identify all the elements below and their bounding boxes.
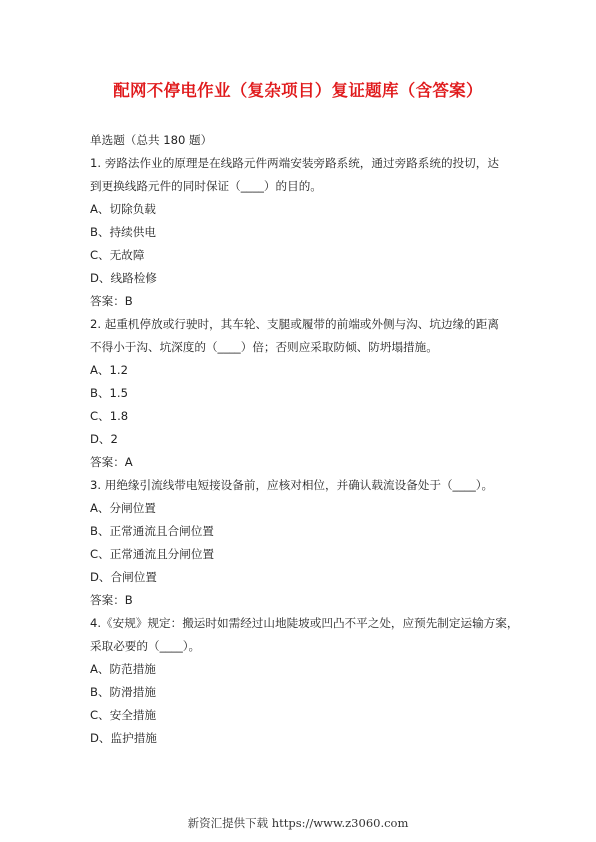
question-2: 2. 起重机停放或行驶时，其车轮、支腿或履带的前端或外侧与沟、坑边缘的距离 不得… (90, 317, 520, 469)
question-1: 1. 旁路法作业的原理是在线路元件两端安装旁路系统，通过旁路系统的投切，达 到更… (90, 156, 520, 308)
option-d: D、监护措施 (90, 731, 520, 745)
option-a: A、防范措施 (90, 662, 520, 676)
question-text: 1. 旁路法作业的原理是在线路元件两端安装旁路系统，通过旁路系统的投切，达 到更… (90, 156, 520, 193)
footer-watermark: 新资汇提供下载 https://www.z3060.com (0, 815, 596, 831)
option-b: B、1.5 (90, 386, 520, 400)
answer: 答案：B (90, 593, 520, 607)
option-b: B、防滑措施 (90, 685, 520, 699)
option-d: D、合闸位置 (90, 570, 520, 584)
option-c: C、安全措施 (90, 708, 520, 722)
option-c: C、无故障 (90, 248, 520, 262)
question-line: 4.《安规》规定：搬运时如需经过山地陡坡或凹凸不平之处，应预先制定运输方案， (90, 616, 520, 630)
option-c: C、正常通流且分闸位置 (90, 547, 520, 561)
question-list: 单选题（总共 180 题） 1. 旁路法作业的原理是在线路元件两端安装旁路系统，… (90, 133, 520, 754)
question-text: 2. 起重机停放或行驶时，其车轮、支腿或履带的前端或外侧与沟、坑边缘的距离 不得… (90, 317, 520, 354)
question-4: 4.《安规》规定：搬运时如需经过山地陡坡或凹凸不平之处，应预先制定运输方案， 采… (90, 616, 520, 745)
option-b: B、持续供电 (90, 225, 520, 239)
section-header: 单选题（总共 180 题） (90, 133, 520, 147)
question-line: 到更换线路元件的同时保证（____）的目的。 (90, 179, 520, 193)
question-line: 采取必要的（____）。 (90, 639, 520, 653)
question-text: 3. 用绝缘引流线带电短接设备前，应核对相位，并确认载流设备处于（____）。 (90, 478, 520, 492)
option-c: C、1.8 (90, 409, 520, 423)
question-line: 1. 旁路法作业的原理是在线路元件两端安装旁路系统，通过旁路系统的投切，达 (90, 156, 520, 170)
document-title: 配网不停电作业（复杂项目）复证题库（含答案） (0, 77, 596, 101)
answer: 答案：A (90, 455, 520, 469)
question-line: 不得小于沟、坑深度的（____）倍；否则应采取防倾、防坍塌措施。 (90, 340, 520, 354)
question-line: 2. 起重机停放或行驶时，其车轮、支腿或履带的前端或外侧与沟、坑边缘的距离 (90, 317, 520, 331)
option-d: D、2 (90, 432, 520, 446)
question-line: 3. 用绝缘引流线带电短接设备前，应核对相位，并确认载流设备处于（____）。 (90, 478, 520, 492)
question-text: 4.《安规》规定：搬运时如需经过山地陡坡或凹凸不平之处，应预先制定运输方案， 采… (90, 616, 520, 653)
option-d: D、线路检修 (90, 271, 520, 285)
option-a: A、分闸位置 (90, 501, 520, 515)
option-a: A、切除负载 (90, 202, 520, 216)
answer: 答案：B (90, 294, 520, 308)
option-b: B、正常通流且合闸位置 (90, 524, 520, 538)
option-a: A、1.2 (90, 363, 520, 377)
question-3: 3. 用绝缘引流线带电短接设备前，应核对相位，并确认载流设备处于（____）。 … (90, 478, 520, 607)
